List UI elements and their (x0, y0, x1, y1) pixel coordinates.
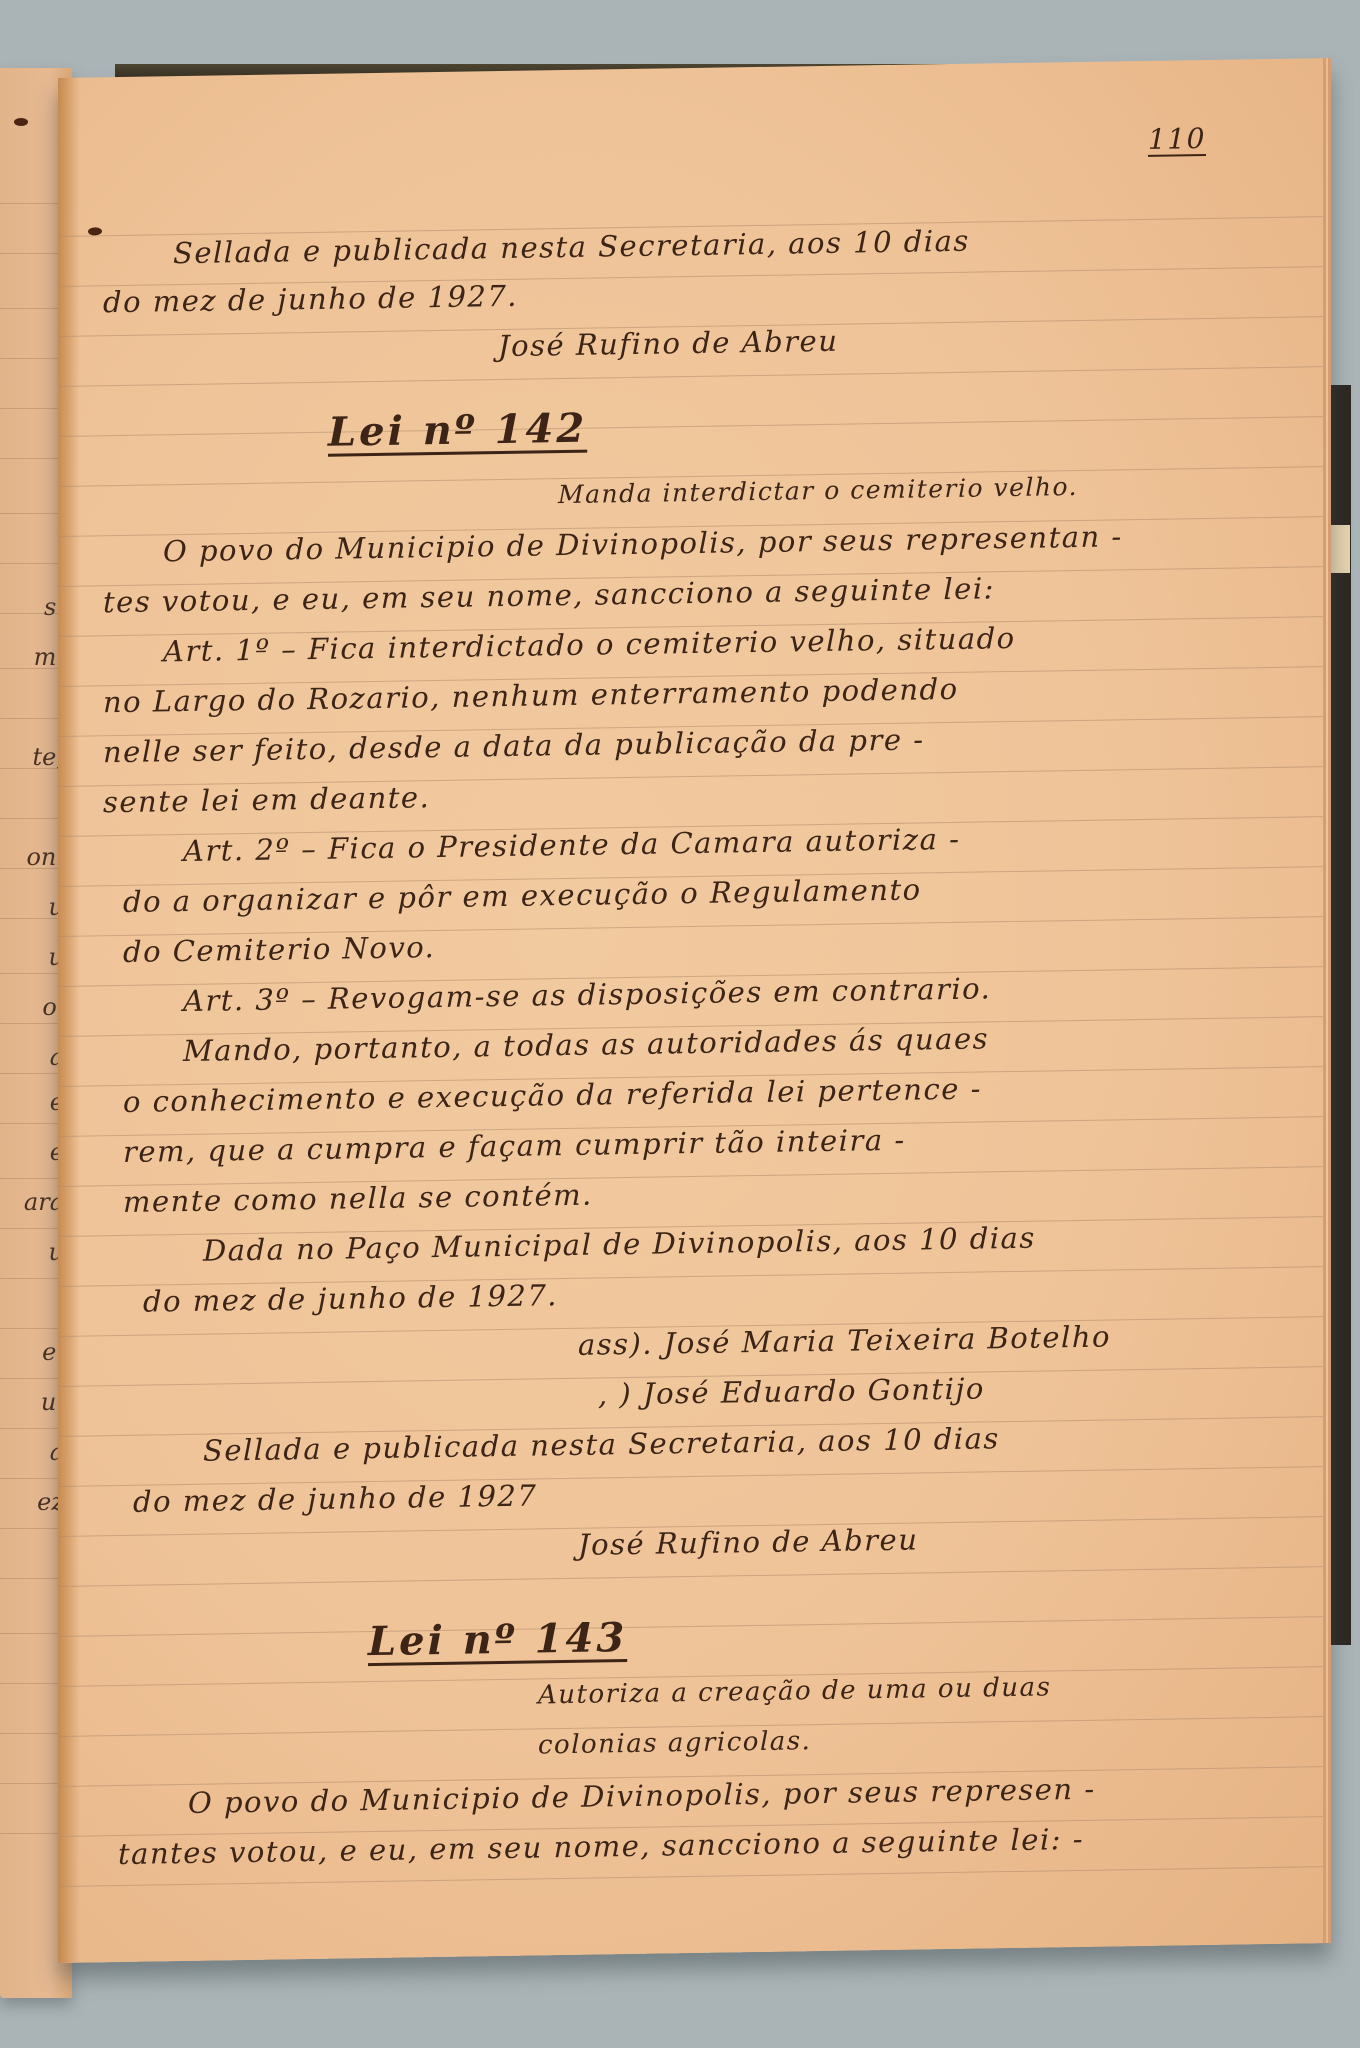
text-line: Art. 3º – Revogam-se as disposições em c… (183, 971, 991, 1018)
law-summary: colonias agricolas. (538, 1726, 811, 1760)
text-line: Sellada e publicada nesta Secretaria, ao… (173, 224, 970, 271)
text-line: Dada no Paço Municipal de Divinopolis, a… (203, 1221, 1036, 1268)
signature: ass). José Maria Teixeira Botelho (578, 1319, 1111, 1361)
text-line: o conhecimento e execução da referida le… (123, 1071, 982, 1118)
text-line: do mez de junho de 1927. (103, 279, 518, 320)
rule-line (58, 1866, 1323, 1887)
page-number: 110 (1148, 122, 1206, 156)
text-line: no Largo do Rozario, nenhum enterramento… (103, 672, 959, 719)
text-line: Mando, portanto, a todas as autoridades … (183, 1021, 989, 1068)
text-line: do a organizar e pôr em execução o Regul… (123, 872, 922, 919)
text-line: O povo do Municipio de Divinopolis, por … (188, 1772, 1096, 1820)
torn-cover-tab (1328, 525, 1350, 573)
signature: José Rufino de Abreu (578, 1522, 918, 1561)
text-line: mente como nella se contém. (123, 1178, 593, 1219)
signature: José Rufino de Abreu (498, 324, 838, 363)
text-line: Sellada e publicada nesta Secretaria, ao… (203, 1421, 1000, 1468)
text-line: tantes votou, e eu, em seu nome, sanccio… (118, 1822, 1084, 1871)
text-line: do Cemiterio Novo. (123, 930, 435, 969)
rule-line (58, 416, 1323, 437)
text-line: do mez de junho de 1927. (143, 1278, 558, 1319)
law-title: Lei nº 143 (368, 1614, 627, 1665)
signature: , ) José Eduardo Gontijo (598, 1371, 985, 1411)
text-line: rem, que a cumpra e façam cumprir tão in… (123, 1123, 906, 1169)
text-line: Art. 2º – Fica o Presidente da Camara au… (183, 822, 960, 868)
text-line: sente lei em deante. (103, 780, 430, 819)
text-line: nelle ser feito, desde a data da publica… (103, 722, 925, 769)
spine-stain (58, 78, 80, 1963)
text-line: tes votou, e eu, em seu nome, sancciono … (103, 571, 995, 619)
right-page: 110 Sellada e publicada nesta Secretaria… (58, 58, 1331, 1963)
punch-hole-mark (88, 227, 102, 235)
rule-line (58, 1566, 1323, 1587)
rule-line (58, 1616, 1323, 1637)
rule-line (58, 366, 1323, 387)
text-line: Art. 1º – Fica interdictado o cemiterio … (163, 621, 1016, 668)
text-line: do mez de junho de 1927 (133, 1478, 537, 1518)
law-title: Lei nº 142 (328, 405, 587, 456)
text-line: O povo do Municipio de Divinopolis, por … (163, 519, 1123, 568)
punch-hole-mark (14, 118, 28, 126)
